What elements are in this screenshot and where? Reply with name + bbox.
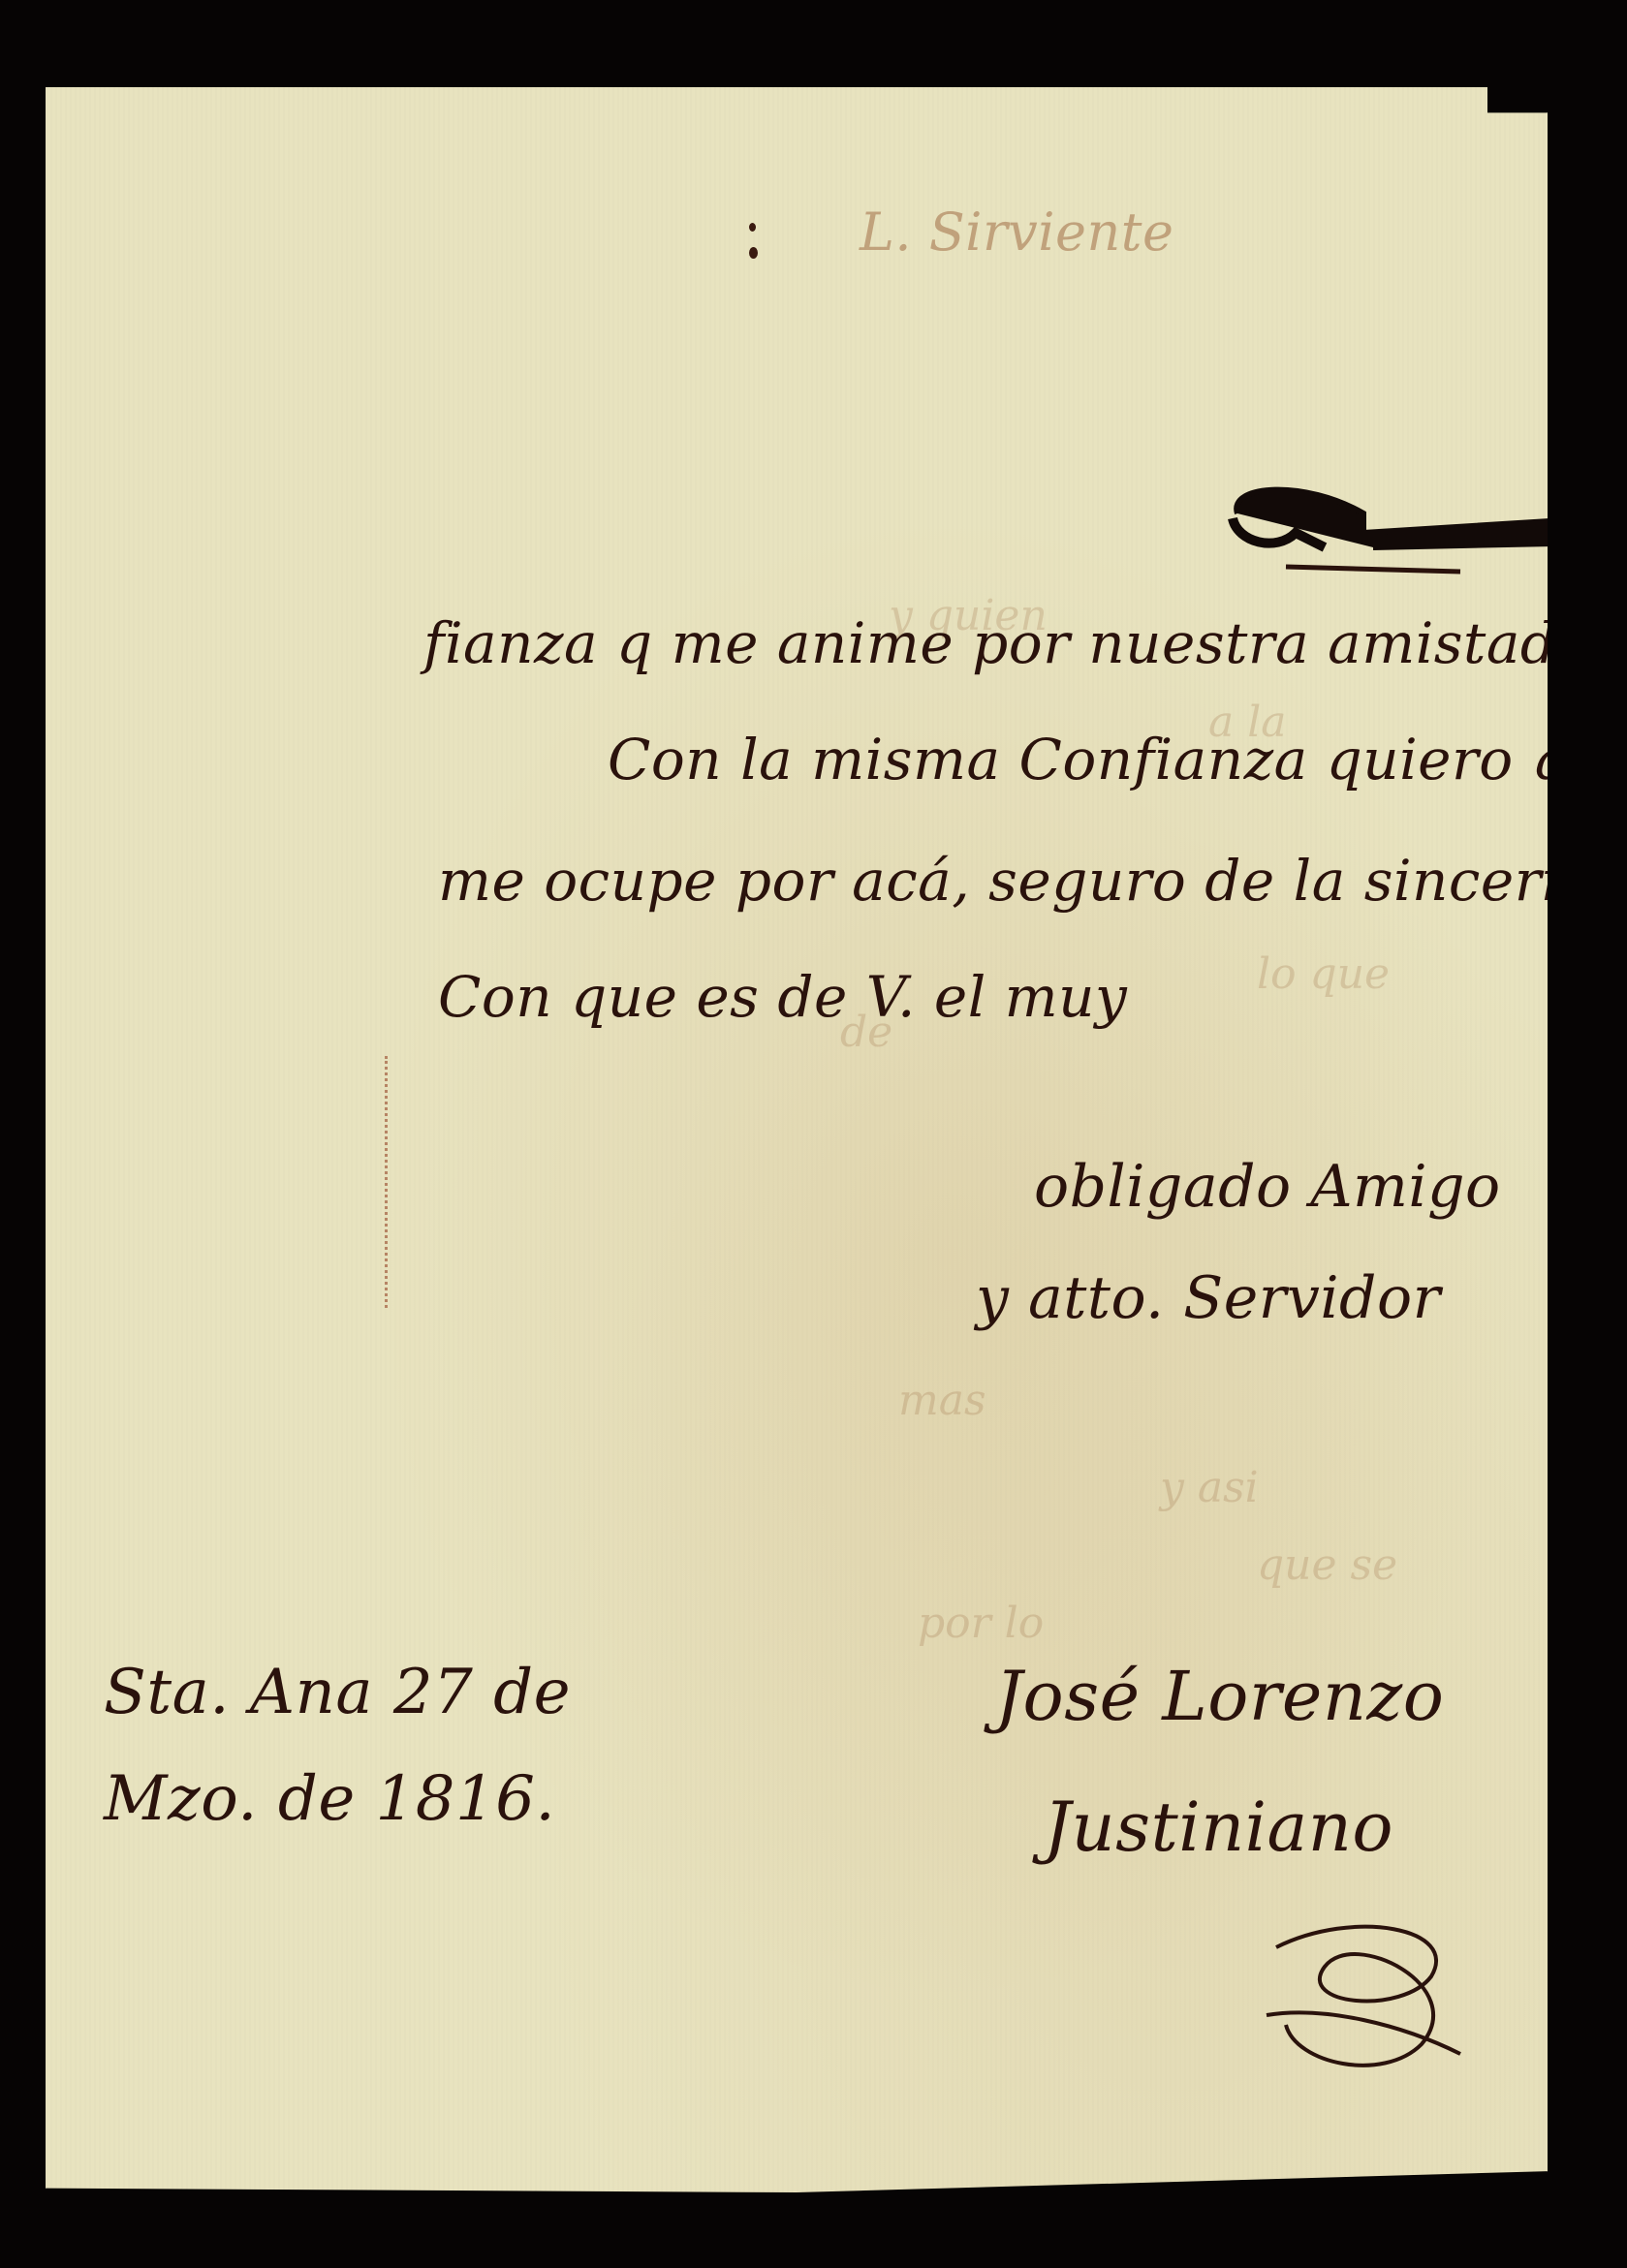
signature-rubric-icon <box>1237 1909 1489 2083</box>
dateline-date: Mzo. de 1816. <box>104 1763 555 1835</box>
signature-line: Justiniano <box>1044 1787 1393 1867</box>
letter-page: L. Sirviente y quien a la de lo que mas … <box>46 87 1548 2214</box>
body-line: Con que es de V. el muy <box>438 964 1127 1030</box>
signature-line: José Lorenzo <box>995 1657 1444 1736</box>
body-line: Con la misma Confianza quiero q V. <box>608 727 1627 792</box>
ink-dot <box>749 247 758 259</box>
ink-dot <box>749 223 756 232</box>
dateline-place: Sta. Ana 27 de <box>104 1657 571 1728</box>
closing-line: obligado Amigo <box>1034 1153 1501 1221</box>
margin-mark <box>385 1056 391 1308</box>
body-line: fianza q me anime por nuestra amistad. <box>423 610 1576 676</box>
closing-line: y atto. Servidor <box>976 1264 1441 1332</box>
faded-header: L. Sirviente <box>860 202 1173 263</box>
body-line: me ocupe por acá, seguro de la sincerida… <box>438 848 1627 914</box>
seal-flourish-icon <box>1218 475 1606 581</box>
